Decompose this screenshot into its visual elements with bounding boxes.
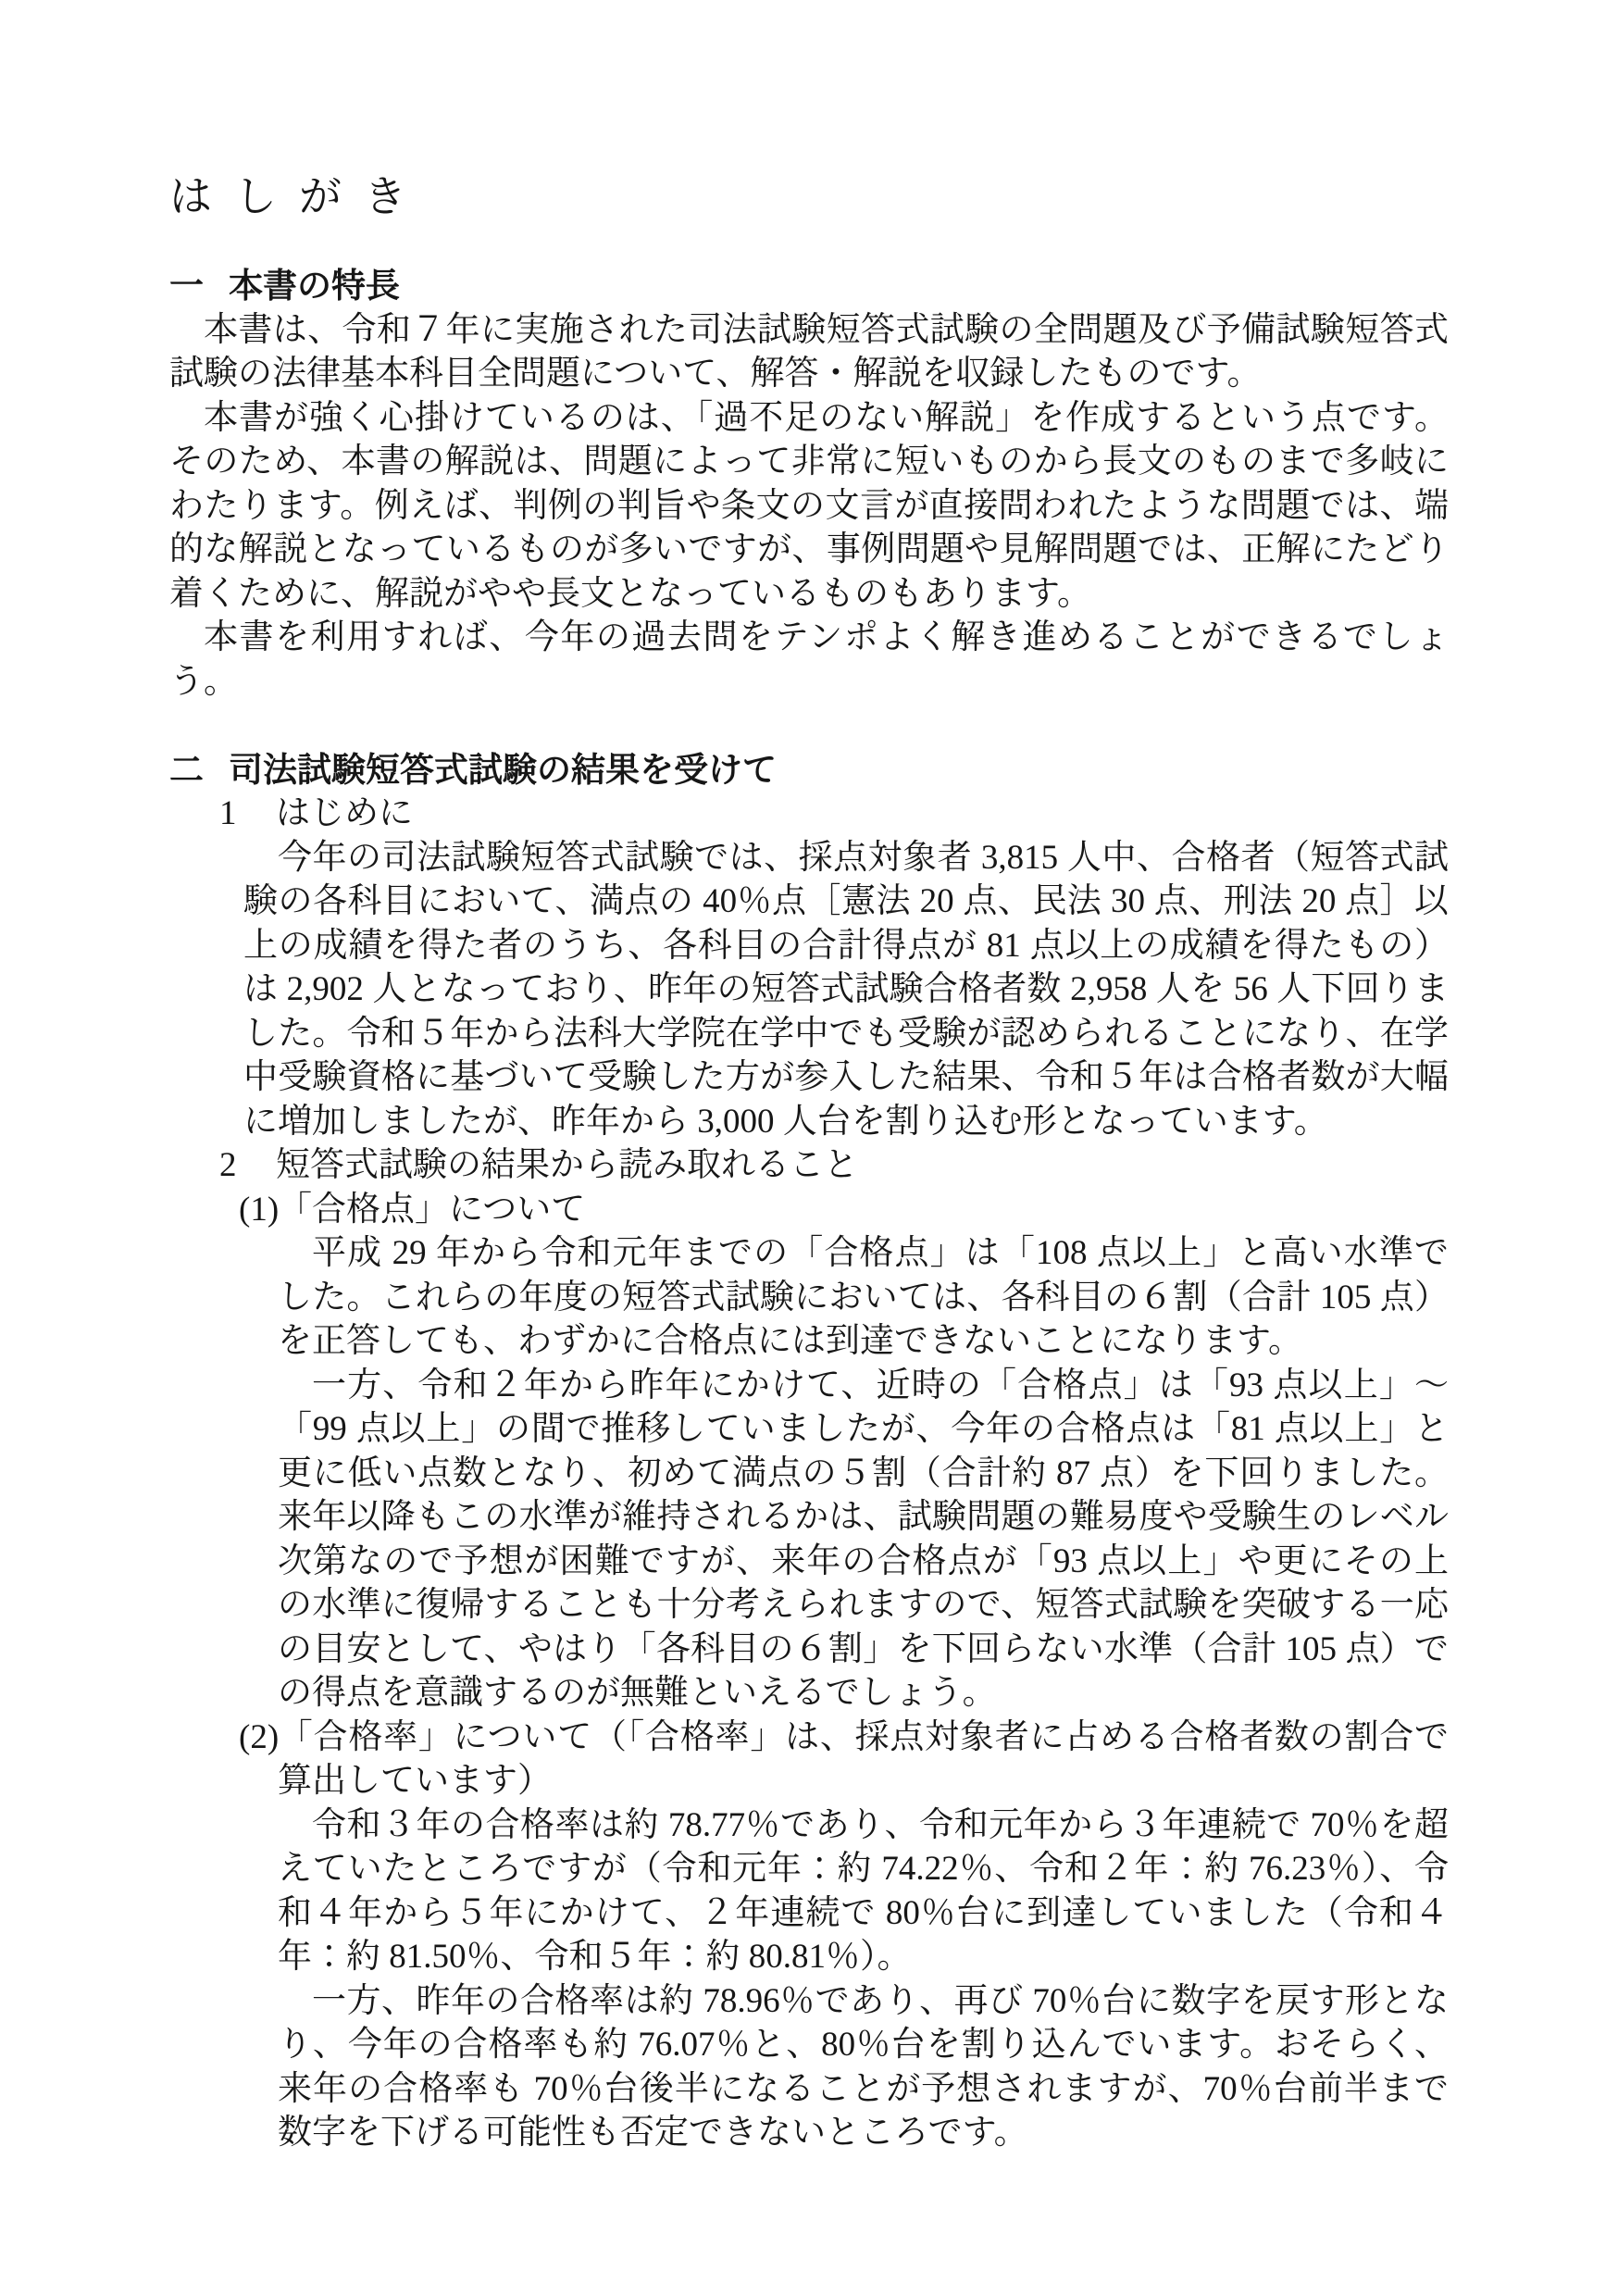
section-exam-results: 二司法試験短答式試験の結果を受けて 1はじめに 今年の司法試験短答式試験では、採…: [169, 748, 1449, 2155]
page-title: はしがき: [169, 174, 1449, 220]
paragraph-features-1: 本書は、令和７年に実施された司法試験短答式試験の全問題及び予備試験短答式試験の法…: [169, 308, 1449, 396]
document-page: はしがき 一本書の特長 本書は、令和７年に実施された司法試験短答式試験の全問題及…: [0, 0, 1618, 2296]
item-1-label: はじめに: [276, 794, 413, 832]
subitem-passing-score-heading: (1)「合格点」について: [278, 1188, 1449, 1232]
section-one-title: 本書の特長: [229, 267, 400, 305]
item-2-findings-heading: 2短答式試験の結果から読み取れること: [219, 1143, 1449, 1188]
item-2-label: 短答式試験の結果から読み取れること: [276, 1146, 858, 1184]
item-2-number: 2: [219, 1143, 276, 1188]
paragraph-features-2: 本書が強く心掛けているのは、「過不足のない解説」を作成するという点です。そのため…: [169, 396, 1449, 617]
subitem-2-label: 「合格率」について（「合格率」は、採点対象者に占める合格者数の割合で算出していま…: [278, 1718, 1449, 1801]
section-one-number: 一: [169, 264, 229, 308]
item-1-number: 1: [219, 792, 276, 836]
paragraph-passing-score-1: 平成 29 年から令和元年までの「合格点」は「108 点以上」と高い水準でした。…: [278, 1231, 1449, 1364]
paragraph-intro-1: 今年の司法試験短答式試験では、採点対象者 3,815 人中、合格者（短答式試験の…: [243, 836, 1449, 1144]
section-two-heading: 二司法試験短答式試験の結果を受けて: [169, 748, 1449, 792]
subitem-pass-rate-heading: (2)「合格率」について（「合格率」は、採点対象者に占める合格者数の割合で算出し…: [278, 1716, 1449, 1803]
section-book-features: 一本書の特長 本書は、令和７年に実施された司法試験短答式試験の全問題及び予備試験…: [169, 264, 1449, 704]
subitem-1-label: 「合格点」について: [278, 1191, 585, 1229]
paragraph-pass-rate-2: 一方、昨年の合格率は約 78.96％であり、再び 70％台に数字を戻す形となり、…: [278, 1979, 1449, 2155]
section-two-title: 司法試験短答式試験の結果を受けて: [229, 751, 777, 789]
subitem-1-marker: (1): [239, 1188, 278, 1232]
section-two-number: 二: [169, 748, 229, 792]
paragraph-features-3: 本書を利用すれば、今年の過去問をテンポよく解き進めることができるでしょう。: [169, 616, 1449, 704]
paragraph-pass-rate-1: 令和３年の合格率は約 78.77％であり、令和元年から３年連続で 70％を超えて…: [278, 1803, 1449, 1979]
paragraph-passing-score-2: 一方、令和２年から昨年にかけて、近時の「合格点」は「93 点以上」～「99 点以…: [278, 1364, 1449, 1716]
item-1-intro-heading: 1はじめに: [219, 792, 1449, 836]
section-one-heading: 一本書の特長: [169, 264, 1449, 308]
subitem-2-marker: (2): [239, 1716, 278, 1760]
